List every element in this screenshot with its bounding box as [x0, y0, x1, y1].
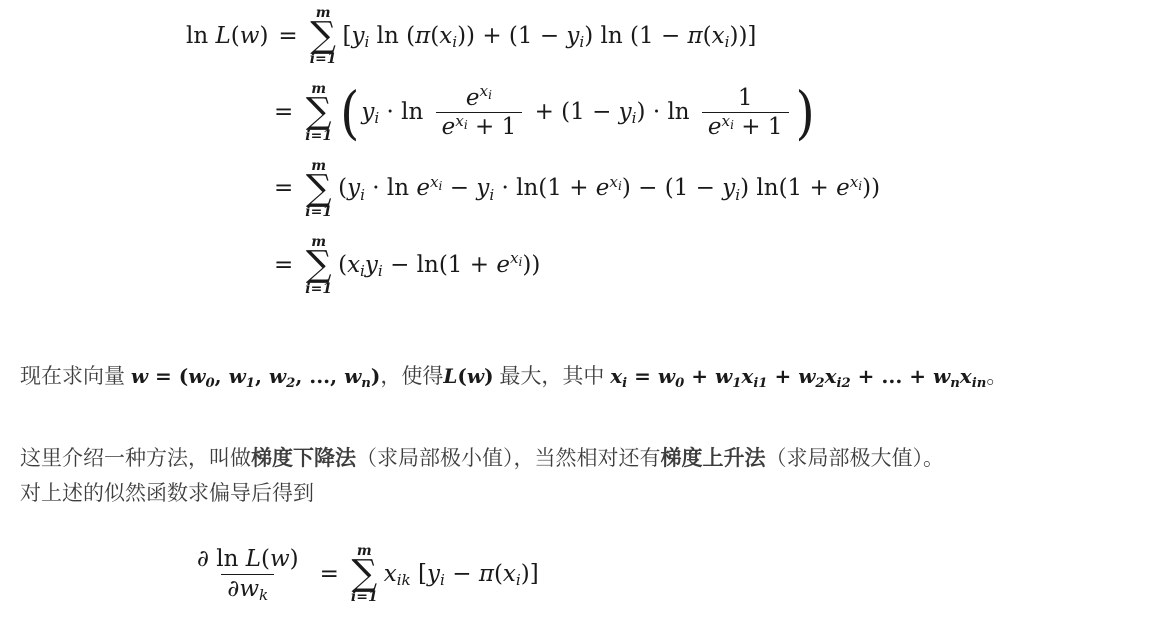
equation-line-likelihood-4: =m∑i=1(xiyi − ln(1 + exi)) [186, 235, 880, 295]
equation-block-likelihood: ln L(w)=m∑i=1[yi ln (π(xi)) + (1 − yi) l… [186, 6, 880, 312]
paragraph-method-intro: 这里介绍一种方法，叫做梯度下降法（求局部极小值），当然相对还有梯度上升法（求局部… [20, 441, 944, 476]
paragraph-derive-note: 对上述的似然函数求偏导后得到 [20, 476, 314, 511]
equation-line-partial-derivative: ∂ ln L(w)∂wk=m∑i=1xik [yi − π(xi)] [186, 544, 539, 604]
equation-block-partial-derivative: ∂ ln L(w)∂wk=m∑i=1xik [yi − π(xi)] [186, 544, 539, 620]
equation-line-likelihood-1: ln L(w)=m∑i=1[yi ln (π(xi)) + (1 − yi) l… [186, 6, 880, 66]
equation-line-likelihood-3: =m∑i=1(yi · ln exi − yi · ln(1 + exi) − … [186, 159, 880, 219]
paragraph-find-vector: 现在求向量 w = (w0, w1, w2, ..., wn)，使得L(w) 最… [20, 356, 1007, 397]
equation-line-likelihood-2: =m∑i=1(yi · ln exiexi + 1 + (1 − yi) · l… [186, 82, 880, 142]
page-root: ln L(w)=m∑i=1[yi ln (π(xi)) + (1 − yi) l… [0, 0, 1156, 633]
